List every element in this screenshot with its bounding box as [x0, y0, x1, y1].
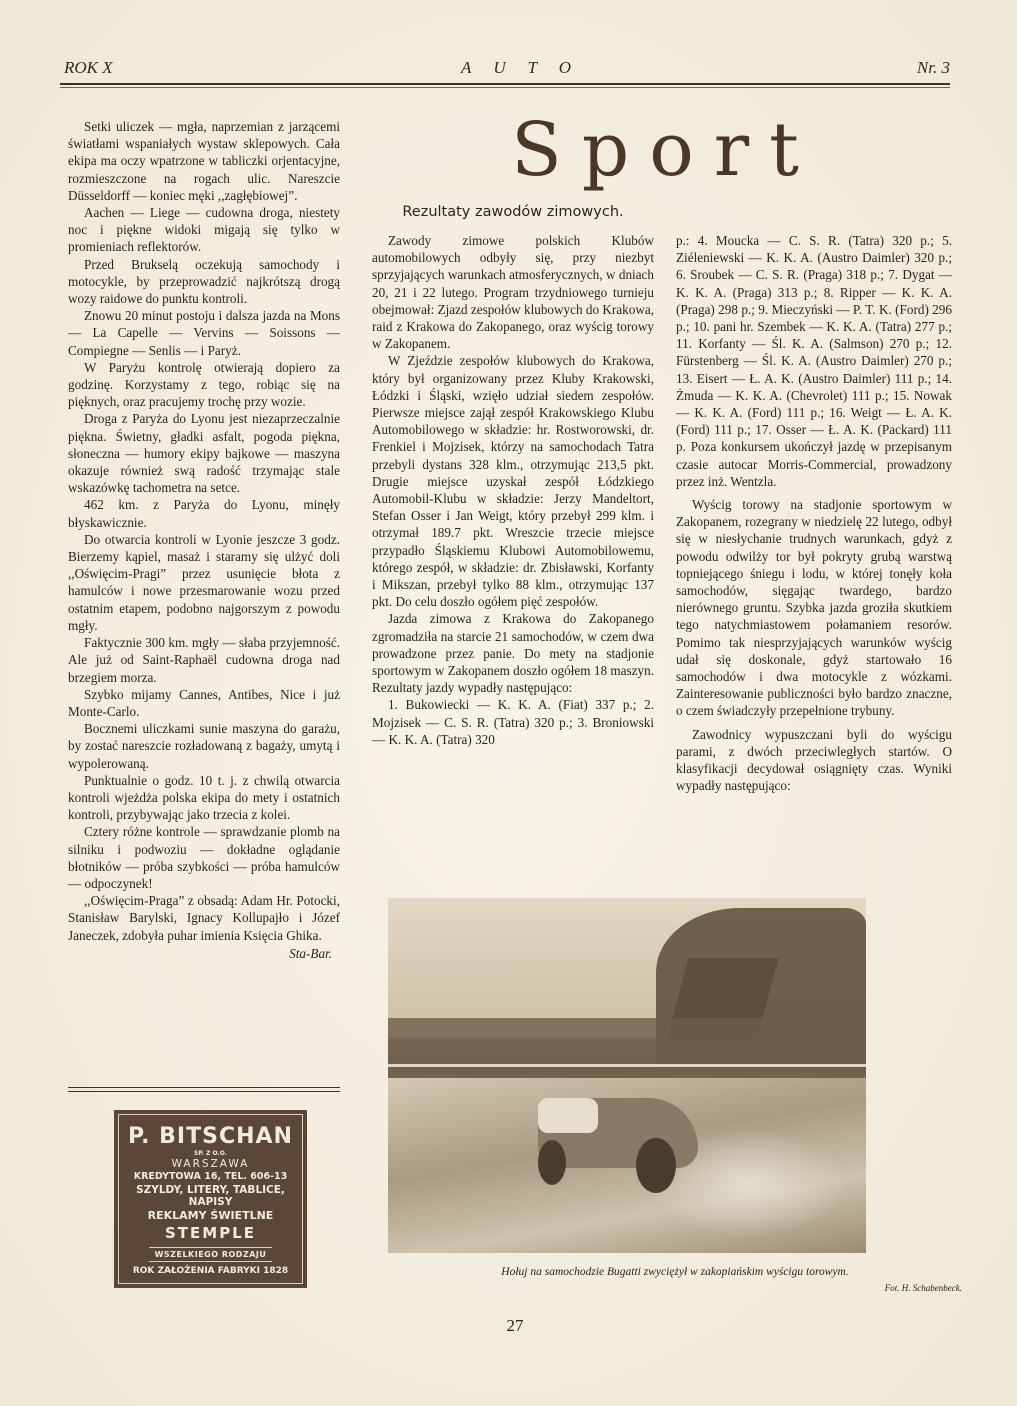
- ad-address: KREDYTOWA 16, TEL. 606-13: [114, 1171, 307, 1182]
- ad-line: REKLAMY ŚWIETLNE: [114, 1209, 307, 1222]
- paragraph: Faktycznie 300 km. mgły — słaba przyjemn…: [68, 634, 340, 686]
- paragraph: Zawodnicy wypuszczani byli do wyścigu pa…: [676, 726, 952, 795]
- page-number: 27: [500, 1316, 530, 1336]
- header-rule-thin: [60, 87, 950, 88]
- paragraph: W Zjeździe zespołów klubowych do Krakowa…: [372, 352, 654, 610]
- ad-legal-form: SP. Z O.O.: [114, 1150, 307, 1157]
- header-rule: [60, 83, 950, 85]
- column-end-rule: [68, 1091, 340, 1092]
- photo-caption: Hołuj na samochodzie Bugatti zwyciężył w…: [380, 1266, 970, 1278]
- results-list: p.: 4. Moucka — C. S. R. (Tatra) 320 p.;…: [676, 232, 952, 490]
- paragraph: Cztery różne kontrole — sprawdzanie plom…: [68, 823, 340, 892]
- paragraph: Zawody zimowe polskich Klubów automobilo…: [372, 232, 654, 352]
- column-end-rule: [68, 1087, 340, 1088]
- ad-line: WSZELKIEGO RODZAJU: [149, 1247, 273, 1262]
- paragraph: Punktualnie o godz. 10 t. j. z chwilą ot…: [68, 772, 340, 824]
- paragraph: Aachen — Liege — cudowna droga, niestety…: [68, 204, 340, 256]
- right-column: p.: 4. Moucka — C. S. R. (Tatra) 320 p.;…: [676, 232, 952, 795]
- section-title: Sport: [500, 100, 830, 200]
- ad-company: P. BITSCHAN: [114, 1124, 307, 1149]
- magazine-page: ROK X AUTO Nr. 3 Setki uliczek — mgła, n…: [0, 0, 1017, 1406]
- paragraph: ,,Oświęcim-Praga” z obsadą: Adam Hr. Pot…: [68, 892, 340, 944]
- results-list: 1. Bukowiecki — K. K. A. (Fiat) 337 p.; …: [372, 696, 654, 748]
- paragraph: 462 km. z Paryża do Lyonu, minęły błyska…: [68, 496, 340, 530]
- race-car-photo: [388, 898, 866, 1253]
- paragraph: Szybko mijamy Cannes, Antibes, Nice i ju…: [68, 686, 340, 720]
- paragraph: Droga z Paryża do Lyonu jest niezaprzecz…: [68, 410, 340, 496]
- author-signature: Sta-Bar.: [68, 945, 340, 962]
- paragraph: Jazda zimowa z Krakowa do Zakopanego zgr…: [372, 610, 654, 696]
- ad-line: SZYLDY, LITERY, TABLICE, NAPISY: [114, 1184, 307, 1208]
- paragraph: Do otwarcia kontroli w Lyonie jeszcze 3 …: [68, 531, 340, 634]
- paragraph: Setki uliczek — mgła, naprzemian z jarzą…: [68, 118, 340, 204]
- photo-credit: Fot. H. Schabenbeck.: [885, 1283, 962, 1293]
- article-headline: Rezultaty zawodów zimowych.: [372, 204, 654, 220]
- paragraph: Wyścig torowy na stadjonie sportowym w Z…: [676, 496, 952, 720]
- issue-number: Nr. 3: [917, 58, 950, 78]
- running-header: ROK X AUTO Nr. 3: [64, 58, 950, 80]
- paragraph: Bocznemi uliczkami sunie maszyna do gara…: [68, 720, 340, 772]
- paragraph: W Paryżu kontrolę otwierają dopiero za g…: [68, 359, 340, 411]
- left-column: Setki uliczek — mgła, naprzemian z jarzą…: [68, 118, 340, 962]
- ad-founded: ROK ZAŁOŻENIA FABRYKI 1828: [114, 1266, 307, 1276]
- advertisement-bitschan: P. BITSCHAN SP. Z O.O. WARSZAWA KREDYTOW…: [114, 1110, 307, 1288]
- ad-city: WARSZAWA: [114, 1158, 307, 1170]
- magazine-title: AUTO: [64, 58, 950, 78]
- paragraph: Przed Brukselą oczekują samochody i moto…: [68, 256, 340, 308]
- paragraph: Znowu 20 minut postoju i dalsza jazda na…: [68, 307, 340, 359]
- middle-column: Zawody zimowe polskich Klubów automobilo…: [372, 232, 654, 748]
- ad-line: STEMPLE: [114, 1224, 307, 1242]
